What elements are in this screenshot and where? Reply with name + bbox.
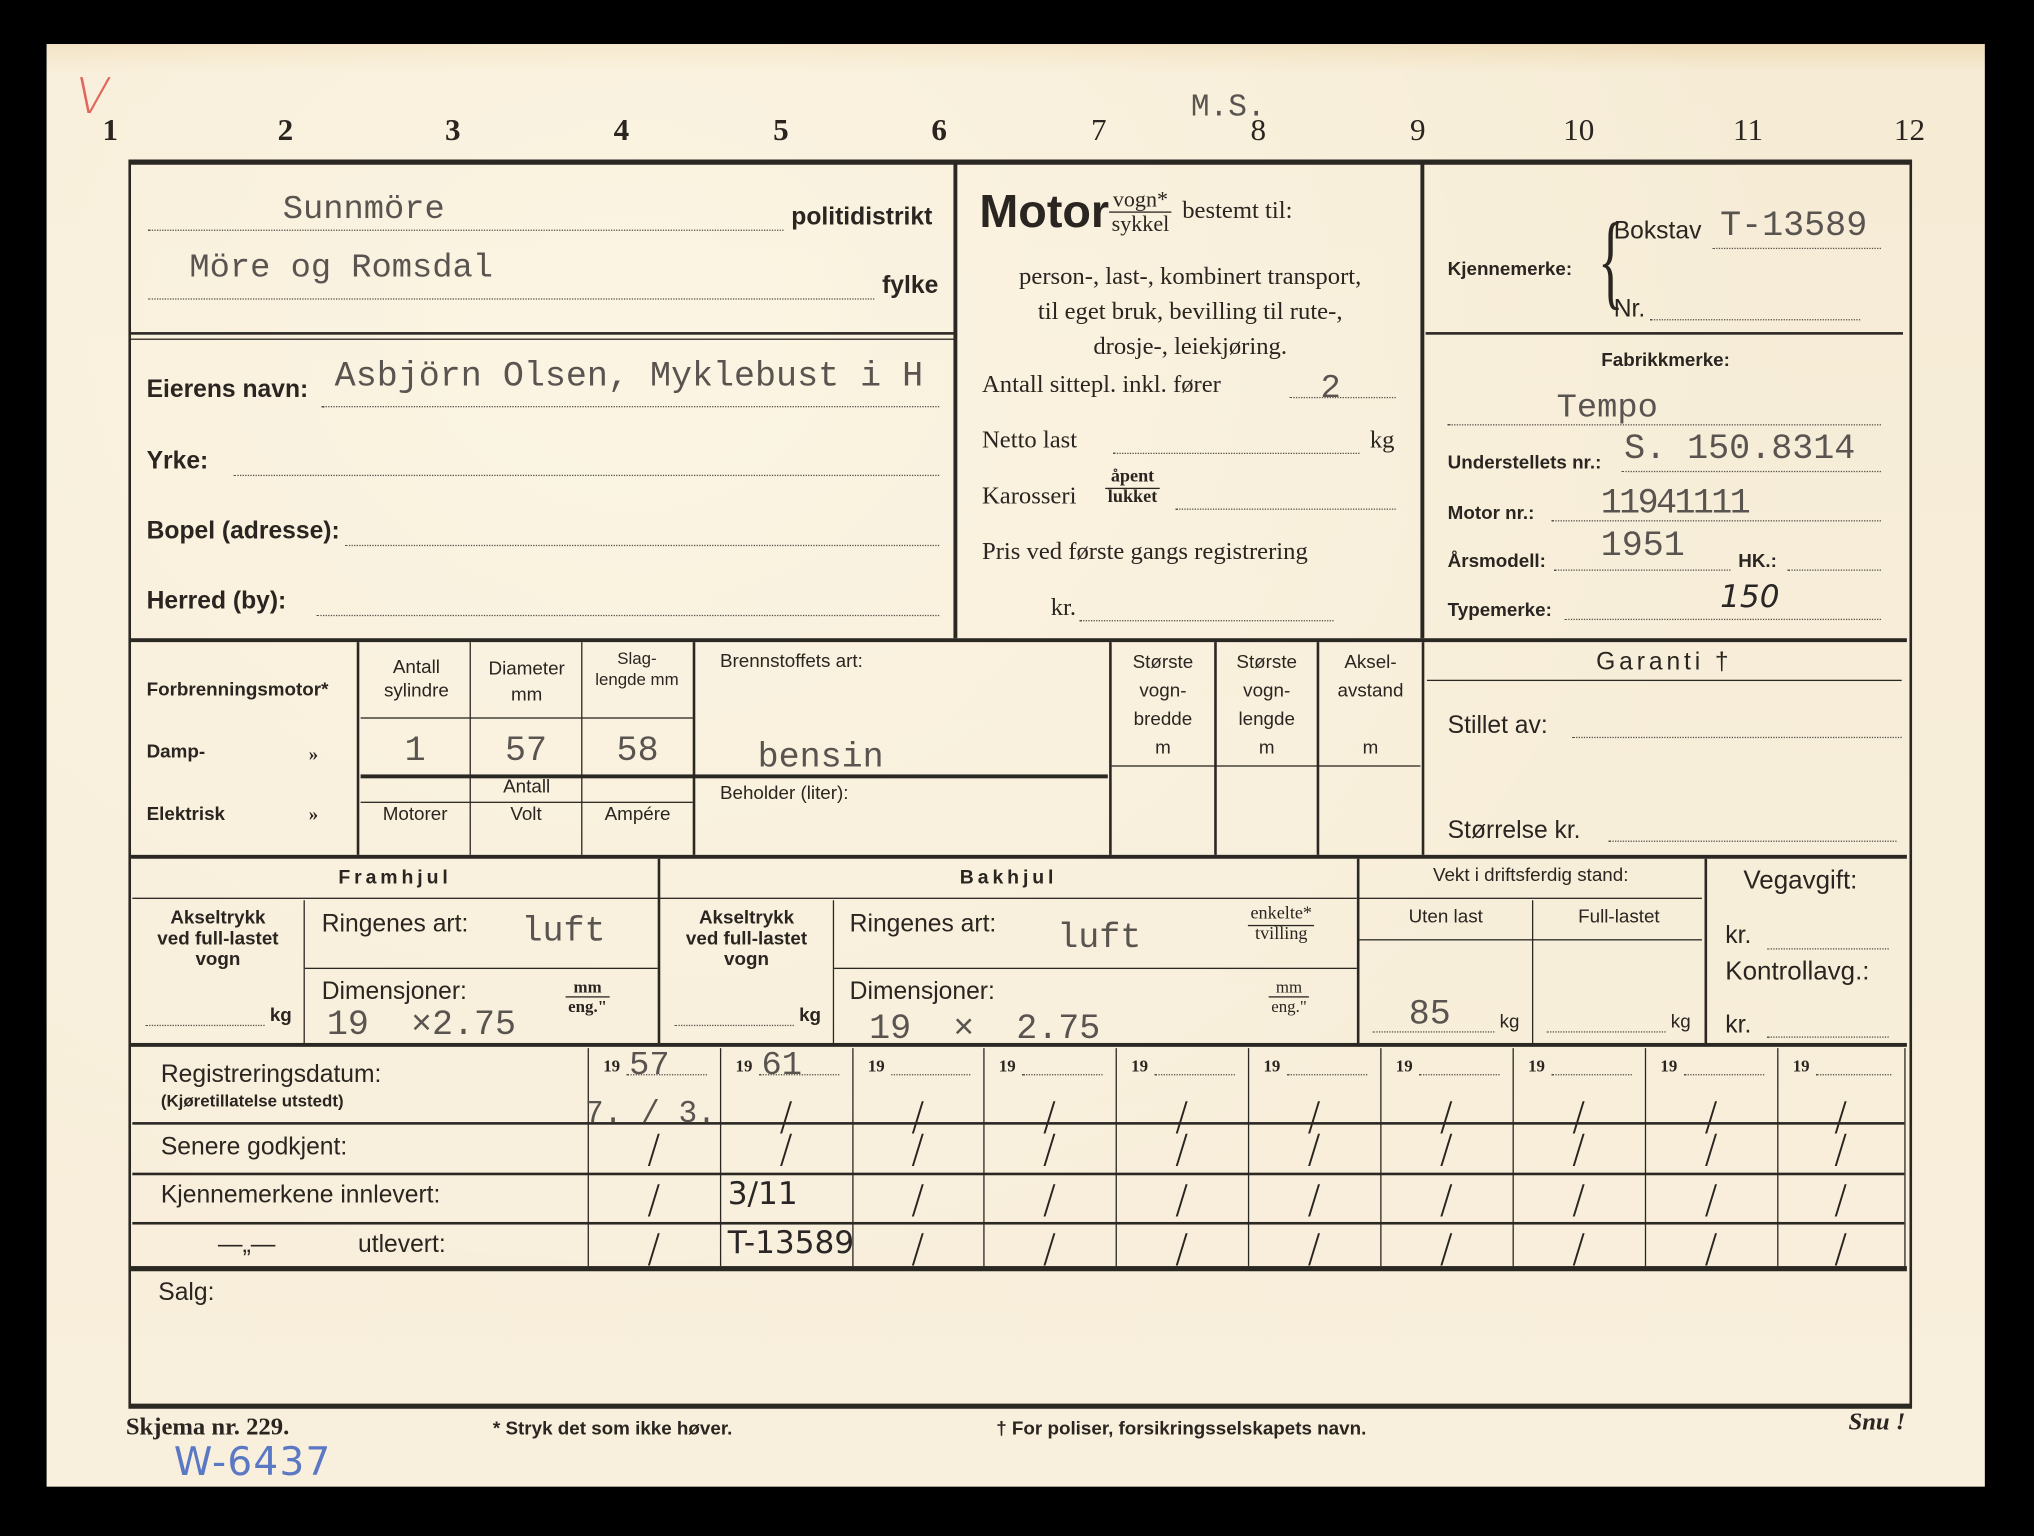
year-prefix: 19 <box>1528 1056 1545 1077</box>
owner-name-label: Eierens navn: <box>147 376 309 405</box>
ditto-mark: » <box>309 804 318 826</box>
reg-cell-innlevert: / <box>1513 1178 1645 1223</box>
antall-label: Antall <box>361 777 693 798</box>
axle-line: Akseltrykk <box>132 908 303 929</box>
front-dim-label: Dimensjoner: <box>322 978 467 1007</box>
skjema-label: Skjema nr. 229. <box>126 1414 289 1443</box>
divider <box>361 802 693 803</box>
dim-line: Største <box>1217 649 1317 678</box>
bokstav-value[interactable]: T-13589 <box>1720 208 1867 247</box>
front-dim-unit: mmeng." <box>566 978 610 1015</box>
reg-cell-utlevert: / <box>1116 1227 1248 1272</box>
footnote-dagger: † For poliser, forsikringsselskapets nav… <box>996 1419 1366 1440</box>
typemerke-line <box>1564 619 1881 620</box>
hk-line[interactable] <box>1788 569 1881 570</box>
reg-cell-innlevert: / <box>588 1178 720 1223</box>
divider <box>361 717 693 718</box>
year-prefix: 19 <box>868 1056 885 1077</box>
purpose-text: person-, last-, kombinert transport, til… <box>966 259 1414 364</box>
rear-wheel-title: Bakhjul <box>660 867 1357 889</box>
unit-eng: eng." <box>566 997 610 1015</box>
reg-cell-senere: / <box>1645 1127 1777 1172</box>
reg-cell-innlevert: / <box>852 1178 983 1223</box>
reg-cell-utlevert: / <box>852 1227 983 1272</box>
dim-unit: m <box>1319 734 1421 763</box>
reg-cell-utlevert: / <box>1248 1227 1380 1272</box>
reg-cell-utlevert: / <box>1513 1227 1645 1272</box>
reg-column[interactable]: 19//// <box>1513 1048 1645 1266</box>
divider <box>1426 332 1903 335</box>
arsmodell-value[interactable]: 1951 <box>1601 528 1685 567</box>
year-line <box>1816 1074 1891 1075</box>
netto-unit: kg <box>1370 427 1395 456</box>
dim-unit: m <box>1112 734 1214 763</box>
col-num: 12 <box>1894 114 1925 149</box>
divider <box>1357 859 1360 1046</box>
vegavgift-kr: kr. <box>1725 922 1751 951</box>
reg-cell-innlevert: / <box>1116 1178 1248 1223</box>
understell-label: Understellets nr.: <box>1448 453 1602 474</box>
reg-cell-utlevert: / <box>588 1227 720 1272</box>
politidistrikt-label: politidistrikt <box>791 204 932 233</box>
front-dim-b: 2.75 <box>432 1007 516 1046</box>
reg-cell-senere: / <box>588 1127 720 1172</box>
fabrikkmerke-value[interactable]: Tempo <box>1557 388 1658 427</box>
year-prefix: 19 <box>603 1056 620 1077</box>
single-twin-fraction: enkelte*tvilling <box>1248 905 1315 944</box>
bopel-line[interactable] <box>345 545 939 546</box>
year-prefix: 19 <box>999 1056 1016 1077</box>
senere-label: Senere godkjent: <box>161 1134 347 1163</box>
reg-column[interactable]: 19//// <box>1777 1048 1904 1266</box>
year-line <box>1022 1074 1102 1075</box>
dim-axle-header: Aksel-avstandm <box>1319 649 1421 763</box>
reg-cell-senere: / <box>1116 1127 1248 1172</box>
fylke-value[interactable]: Möre og Romsdal <box>189 248 493 287</box>
reg-column[interactable]: 19//// <box>1248 1048 1380 1266</box>
utlevert-label: utlevert: <box>358 1231 446 1260</box>
divider <box>1112 765 1421 766</box>
dim-line: bredde <box>1112 706 1214 735</box>
arsmodell-label: Årsmodell: <box>1448 551 1546 572</box>
divider <box>1359 898 1701 899</box>
seats-value[interactable]: 2 <box>1321 368 1341 407</box>
col-num: 3 <box>445 114 461 149</box>
seats-line <box>1289 397 1395 398</box>
header-stroke: Slag- lengde mm <box>594 649 680 691</box>
reg-cell-utlevert: / <box>1645 1227 1777 1272</box>
front-axle-kg: kg <box>270 1005 292 1026</box>
header-volt: Volt <box>471 804 581 825</box>
purpose-line: til eget bruk, bevilling til rute-, <box>966 294 1414 329</box>
front-ring-label: Ringenes art: <box>322 911 469 940</box>
innlevert-label: Kjennemerkene innlevert: <box>161 1182 441 1211</box>
col-num: 10 <box>1563 114 1594 149</box>
reg-column[interactable]: 19//// <box>1116 1048 1248 1266</box>
front-dim-value[interactable]: 19 ×2.75 <box>327 1007 516 1046</box>
year-line <box>1287 1074 1367 1075</box>
reg-cell-utlevert: T-13589 <box>728 1225 860 1261</box>
rear-dim-unit: mmeng." <box>1269 978 1310 1015</box>
front-axle-load-label: Akseltrykkved full-lastetvogn <box>132 908 303 970</box>
fuel-value[interactable]: bensin <box>758 739 884 778</box>
year-prefix: 19 <box>1660 1056 1677 1077</box>
stillet-label: Stillet av: <box>1448 712 1548 741</box>
front-wheel-title: Framhjul <box>132 867 657 889</box>
uten-last-label: Uten last <box>1359 907 1532 928</box>
owner-name-line <box>322 406 939 407</box>
seats-label: Antall sittepl. inkl. fører <box>982 371 1221 400</box>
vegavgift-line[interactable] <box>1767 948 1889 949</box>
year-prefix: 19 <box>1793 1056 1810 1077</box>
divider <box>1705 859 1708 1046</box>
kontroll-label: Kontrollavg.: <box>1725 957 1869 987</box>
year-line <box>1551 1074 1631 1075</box>
divider <box>132 898 1357 899</box>
reg-column[interactable]: 1961//3/11T-13589 <box>720 1048 852 1266</box>
front-axle-load-line[interactable] <box>145 1025 264 1026</box>
divider <box>305 968 658 969</box>
reg-cell-senere: / <box>1513 1127 1645 1172</box>
bokstav-line <box>1712 248 1881 249</box>
col-num: 9 <box>1410 114 1426 149</box>
year-prefix: 19 <box>736 1056 753 1077</box>
front-dim-x: × <box>411 1007 432 1046</box>
engine-type-steam: Damp- <box>147 742 206 763</box>
netto-line[interactable] <box>1113 453 1359 454</box>
frac-top: åpent <box>1105 468 1160 488</box>
motor-nr-line <box>1551 520 1880 521</box>
fabrikkmerke-line <box>1448 424 1881 425</box>
hk-label: HK.: <box>1738 551 1777 572</box>
divider <box>131 332 953 335</box>
purpose-line: drosje-, leiekjøring. <box>966 329 1414 364</box>
regdate-sublabel: (Kjøretillatelse utstedt) <box>161 1091 344 1110</box>
dim-line: Aksel- <box>1319 649 1421 678</box>
col-num: 7 <box>1091 114 1107 149</box>
unit-mm: mm <box>566 978 610 997</box>
rear-axle-load-line[interactable] <box>675 1025 794 1026</box>
kjennemerke-label: Kjennemerke: <box>1448 259 1572 280</box>
nr-label: Nr. <box>1614 296 1645 325</box>
owner-name-value[interactable]: Asbjörn Olsen, Myklebust i H <box>335 358 924 397</box>
understell-line <box>1622 471 1881 472</box>
politidistrikt-value[interactable]: Sunnmöre <box>283 189 445 228</box>
year-line <box>1155 1074 1235 1075</box>
unit-mm: mm <box>1269 978 1310 997</box>
kontroll-kr: kr. <box>1725 1012 1751 1041</box>
col-num: 5 <box>773 114 789 149</box>
year-prefix: 19 <box>1396 1056 1413 1077</box>
rear-dim-label: Dimensjoner: <box>850 978 995 1007</box>
year-value: 61 <box>761 1046 801 1085</box>
frac-bottom: tvilling <box>1248 926 1315 945</box>
rear-ring-label: Ringenes art: <box>850 911 997 940</box>
full-lastet-kg: kg <box>1671 1012 1691 1033</box>
rear-dim-b: 2.75 <box>1016 1011 1100 1050</box>
document-scan: V M.S. 1 2 3 4 5 6 7 8 9 10 11 12 Sunnmö… <box>0 0 2034 1536</box>
yrke-line[interactable] <box>233 475 939 476</box>
axle-line: vogn <box>132 950 303 971</box>
fabrikkmerke-label: Fabrikkmerke: <box>1427 350 1904 371</box>
header-diameter: Diameter mm <box>475 656 579 708</box>
year-value: 57 <box>629 1046 669 1085</box>
stillet-line[interactable] <box>1572 737 1901 738</box>
full-lastet-label: Full-lastet <box>1533 907 1704 928</box>
fuel-label: Brennstoffets art: <box>720 651 863 672</box>
karosseri-line[interactable] <box>1175 509 1396 510</box>
divider <box>693 642 696 855</box>
reg-cell-innlevert: / <box>1645 1178 1777 1223</box>
dim-line: lengde <box>1217 706 1317 735</box>
value-diameter[interactable]: 57 <box>471 733 581 772</box>
dim-line: vogn- <box>1112 677 1214 706</box>
divider <box>834 968 1357 969</box>
herred-line[interactable] <box>317 615 940 616</box>
turn-over-note: Snu ! <box>1849 1409 1906 1438</box>
reg-column[interactable]: 19//// <box>983 1048 1115 1266</box>
garanti-title: Garanti † <box>1427 649 1902 678</box>
reg-cell-utlevert: / <box>1777 1227 1904 1272</box>
header-motorer: Motorer <box>361 804 470 825</box>
reg-column[interactable]: 19//// <box>1380 1048 1512 1266</box>
reg-column[interactable]: 19577. / 3./// <box>588 1048 720 1266</box>
divider <box>357 642 360 855</box>
dim-line: Største <box>1112 649 1214 678</box>
typemerke-label: Typemerke: <box>1448 601 1552 622</box>
price-label: Pris ved første gangs registrering <box>982 538 1308 567</box>
price-line[interactable] <box>1079 620 1333 621</box>
dim-line: avstand <box>1319 677 1421 706</box>
karosseri-label: Karosseri <box>982 483 1076 512</box>
fylke-label: fylke <box>882 272 938 301</box>
divider <box>1420 162 1424 638</box>
fylke-line <box>148 298 874 299</box>
engine-type-electric: Elektrisk <box>147 804 225 825</box>
motor-nr-label: Motor nr.: <box>1448 503 1535 524</box>
uten-last-kg: kg <box>1500 1012 1520 1033</box>
divider <box>1359 939 1701 940</box>
reg-cell-senere: / <box>1248 1127 1380 1172</box>
column-numbers: 1 2 3 4 5 6 7 8 9 10 11 12 <box>0 114 2034 153</box>
divider <box>1427 680 1902 681</box>
bopel-label: Bopel (adresse): <box>147 518 340 547</box>
archive-code: W-6437 <box>174 1440 332 1485</box>
frac-bottom: sykkel <box>1109 212 1172 235</box>
politidistrikt-line <box>148 230 784 231</box>
value-cylinders[interactable]: 1 <box>361 733 470 772</box>
kontroll-line[interactable] <box>1767 1036 1889 1037</box>
divider <box>131 638 1907 642</box>
dim-width-header: Størstevogn-breddem <box>1112 649 1214 763</box>
reg-column[interactable]: 19//// <box>852 1048 983 1266</box>
col-num: 1 <box>102 114 118 149</box>
reg-cell-senere: / <box>720 1127 852 1172</box>
motor-label: Motor <box>979 184 1109 237</box>
reg-cell-innlevert: 3/11 <box>728 1175 860 1211</box>
axle-line: Akseltrykk <box>660 908 833 929</box>
nr-line[interactable] <box>1650 319 1860 320</box>
frac-top: enkelte* <box>1248 905 1315 925</box>
reg-cell-innlevert: / <box>983 1178 1115 1223</box>
motor-title: Motorvogn*sykkel bestemt til: <box>979 184 1292 238</box>
divider <box>304 900 305 1045</box>
front-ring-value[interactable]: luft <box>521 913 605 952</box>
rear-dim-value[interactable]: 19 × 2.75 <box>869 1011 1100 1050</box>
col-num: 2 <box>278 114 294 149</box>
reg-cell-senere: / <box>1777 1127 1904 1172</box>
dim-length-header: Størstevogn-lengdem <box>1217 649 1317 763</box>
col-num: 6 <box>931 114 947 149</box>
rear-axle-kg: kg <box>799 1005 821 1026</box>
reg-cell-senere: / <box>1380 1127 1512 1172</box>
salg-area[interactable] <box>132 1274 1904 1396</box>
reg-cell-utlevert: / <box>983 1227 1115 1272</box>
col-num: 8 <box>1251 114 1267 149</box>
year-prefix: 19 <box>1131 1056 1148 1077</box>
vegavgift-label: Vegavgift: <box>1743 867 1857 897</box>
reg-cell-innlevert: / <box>1777 1178 1904 1223</box>
tank-label: Beholder (liter): <box>720 784 849 805</box>
herred-label: Herred (by): <box>147 588 287 617</box>
header-ampere: Ampére <box>582 804 692 825</box>
yrke-label: Yrke: <box>147 448 209 477</box>
reg-cell-innlevert: / <box>1380 1178 1512 1223</box>
year-line <box>1684 1074 1764 1075</box>
karosseri-fraction: åpentlukket <box>1105 468 1160 507</box>
price-currency: kr. <box>1051 594 1076 623</box>
year-line <box>891 1074 970 1075</box>
reg-cell-senere: / <box>983 1127 1115 1172</box>
front-dim-a: 19 <box>327 1007 369 1046</box>
understell-value[interactable]: S. 150.8314 <box>1624 431 1855 470</box>
motor-nr-value[interactable]: 11941111 <box>1601 485 1748 524</box>
weight-title: Vekt i driftsferdig stand: <box>1359 865 1701 886</box>
col-num: 11 <box>1733 114 1763 149</box>
value-stroke[interactable]: 58 <box>582 733 692 772</box>
reg-cell-senere: / <box>852 1127 983 1172</box>
arsmodell-line <box>1554 569 1730 570</box>
axle-line: ved full-lastet <box>660 929 833 950</box>
year-prefix: 19 <box>1263 1056 1280 1077</box>
bestemt-label: bestemt til: <box>1182 197 1292 224</box>
axle-line: ved full-lastet <box>132 929 303 950</box>
axle-line: vogn <box>660 950 833 971</box>
storrelse-label: Størrelse kr. <box>1448 817 1581 846</box>
divider <box>833 900 834 1045</box>
year-line <box>1419 1074 1499 1075</box>
storrelse-line[interactable] <box>1609 841 1897 842</box>
divider <box>131 855 1907 859</box>
ditto-label: —„— <box>218 1231 276 1260</box>
footnote-star: * Stryk det som ikke høver. <box>493 1419 732 1440</box>
bokstav-label: Bokstav <box>1614 218 1702 247</box>
netto-label: Netto last <box>982 427 1077 456</box>
frac-top: vogn* <box>1109 188 1172 212</box>
dim-unit: m <box>1217 734 1317 763</box>
unit-eng: eng." <box>1269 997 1310 1015</box>
engine-type-combustion: Forbrenningsmotor* <box>147 680 329 701</box>
regdate-label: Registreringsdatum: <box>161 1061 382 1090</box>
dim-line: vogn- <box>1217 677 1317 706</box>
rear-axle-load-label: Akseltrykkved full-lastetvogn <box>660 908 833 970</box>
full-lastet-line[interactable] <box>1546 1031 1665 1032</box>
reg-cell-utlevert: / <box>1380 1227 1512 1272</box>
typemerke-value[interactable]: 150 <box>1720 579 1779 615</box>
frac-bottom: lukket <box>1105 489 1160 508</box>
col-num: 4 <box>614 114 630 149</box>
divider <box>953 162 957 638</box>
purpose-line: person-, last-, kombinert transport, <box>966 259 1414 294</box>
vogn-sykkel-fraction: vogn*sykkel <box>1109 188 1172 236</box>
reg-column[interactable]: 19//// <box>1645 1048 1777 1266</box>
rear-dim-x: × <box>953 1011 974 1050</box>
divider <box>1904 1048 1905 1266</box>
reg-cell-innlevert: / <box>1248 1178 1380 1223</box>
divider <box>1422 642 1425 855</box>
uten-last-value[interactable]: 85 <box>1409 996 1451 1035</box>
rear-ring-value[interactable]: luft <box>1057 920 1141 959</box>
rear-dim-a: 19 <box>869 1011 911 1050</box>
divider <box>131 339 953 340</box>
header-cylinders: Antall sylindre <box>368 656 464 703</box>
ditto-mark: » <box>309 745 318 767</box>
